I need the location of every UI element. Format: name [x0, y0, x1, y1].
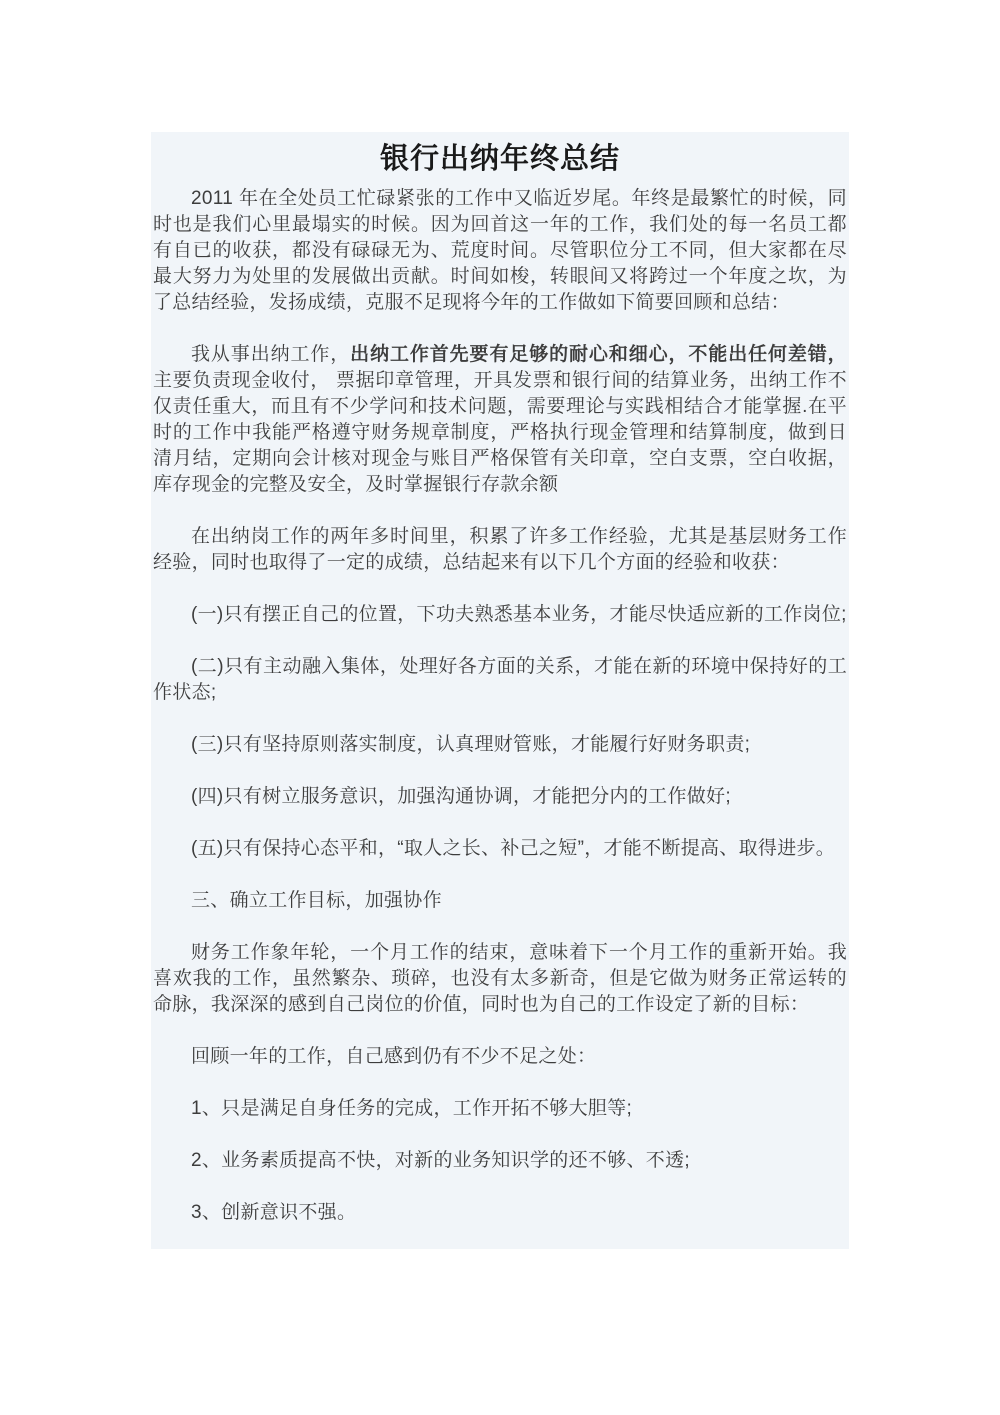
text-segment: (五)只有保持心态平和，“取人之长、补己之短”，才能不断提高、取得进步。	[191, 838, 835, 859]
page-title: 银行出纳年终总结	[153, 141, 847, 177]
paragraph: 三、确立工作目标，加强协作	[153, 888, 847, 914]
paragraph: 1、只是满足自身任务的完成，工作开拓不够大胆等;	[153, 1096, 847, 1122]
paragraph: (一)只有摆正自己的位置，下功夫熟悉基本业务，才能尽快适应新的工作岗位;	[153, 602, 847, 628]
paragraph: 回顾一年的工作，自己感到仍有不少不足之处：	[153, 1044, 847, 1070]
text-segment: 回顾一年的工作，自己感到仍有不少不足之处：	[191, 1046, 596, 1067]
text-segment: (一)只有摆正自己的位置，下功夫熟悉基本业务，才能尽快适应新的工作岗位;	[191, 604, 847, 625]
document-body: 2011 年在全处员工忙碌紧张的工作中又临近岁尾。年终是最繁忙的时候，同时也是我…	[153, 186, 847, 1226]
text-segment: 1、只是满足自身任务的完成，工作开拓不够大胆等;	[191, 1098, 632, 1119]
paragraph: 在出纳岗工作的两年多时间里，积累了许多工作经验，尤其是基层财务工作经验，同时也取…	[153, 524, 847, 576]
text-segment: 财务工作象年轮，一个月工作的结束，意味着下一个月工作的重新开始。我喜欢我的工作，…	[153, 942, 847, 1015]
text-segment: 2011 年在全处员工忙碌紧张的工作中又临近岁尾。年终是最繁忙的时候，同时也是我…	[153, 188, 847, 313]
text-segment: (二)只有主动融入集体，处理好各方面的关系，才能在新的环境中保持好的工作状态;	[153, 656, 847, 703]
paragraph: 3、创新意识不强。	[153, 1200, 847, 1226]
bold-text-segment: 出纳工作首先要有足够的耐心和细心，不能出任何差错，	[350, 344, 847, 365]
text-segment: 三、确立工作目标，加强协作	[191, 890, 442, 911]
paragraph: (四)只有树立服务意识，加强沟通协调，才能把分内的工作做好;	[153, 784, 847, 810]
text-segment: (三)只有坚持原则落实制度，认真理财管账，才能履行好财务职责;	[191, 734, 750, 755]
paragraph: 财务工作象年轮，一个月工作的结束，意味着下一个月工作的重新开始。我喜欢我的工作，…	[153, 940, 847, 1018]
text-segment: 2、业务素质提高不快，对新的业务知识学的还不够、不透;	[191, 1150, 690, 1171]
text-segment: 在出纳岗工作的两年多时间里，积累了许多工作经验，尤其是基层财务工作经验，同时也取…	[153, 526, 847, 573]
paragraph: (二)只有主动融入集体，处理好各方面的关系，才能在新的环境中保持好的工作状态;	[153, 654, 847, 706]
text-segment: 主要负责现金收付， 票据印章管理，开具发票和银行间的结算业务，出纳工作不仅责任重…	[153, 370, 847, 495]
paragraph: (五)只有保持心态平和，“取人之长、补己之短”，才能不断提高、取得进步。	[153, 836, 847, 862]
text-segment: 我从事出纳工作，	[191, 344, 350, 365]
paragraph: 我从事出纳工作，出纳工作首先要有足够的耐心和细心，不能出任何差错，主要负责现金收…	[153, 342, 847, 498]
text-segment: 3、创新意识不强。	[191, 1202, 356, 1223]
paragraph: (三)只有坚持原则落实制度，认真理财管账，才能履行好财务职责;	[153, 732, 847, 758]
paragraph: 2、业务素质提高不快，对新的业务知识学的还不够、不透;	[153, 1148, 847, 1174]
text-segment: (四)只有树立服务意识，加强沟通协调，才能把分内的工作做好;	[191, 786, 731, 807]
paragraph: 2011 年在全处员工忙碌紧张的工作中又临近岁尾。年终是最繁忙的时候，同时也是我…	[153, 186, 847, 316]
document-page: 银行出纳年终总结 2011 年在全处员工忙碌紧张的工作中又临近岁尾。年终是最繁忙…	[151, 132, 849, 1249]
